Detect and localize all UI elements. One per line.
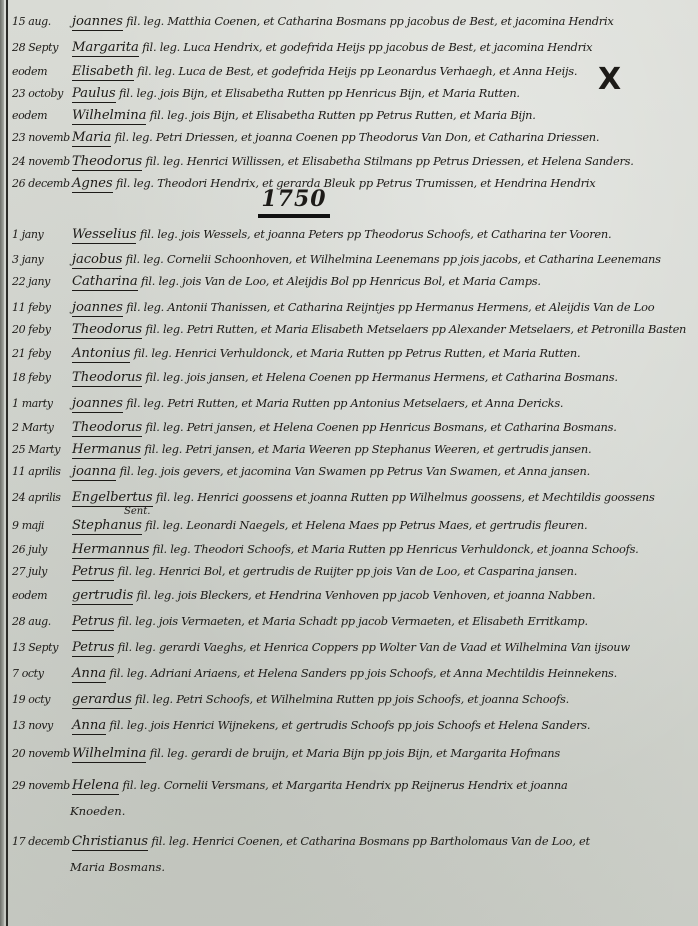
entry-details: fil. leg. Henrici Bol, et gertrudis de R… [118, 564, 577, 578]
entry-details: fil. leg. gerardi de bruijn, et Maria Bi… [150, 746, 560, 760]
entry-text: Hermannus fil. leg. Theodori Schoofs, et… [72, 542, 692, 557]
register-entry: 24 aprilisEngelbertus fil. leg. Henrici … [10, 488, 692, 510]
register-entry: 23 novembMaria fil. leg. Petri Driessen,… [10, 128, 692, 150]
register-entry: 18 febyTheodorus fil. leg. jois jansen, … [10, 368, 692, 390]
entry-date: 9 maji [12, 519, 70, 532]
entry-text: joannes fil. leg. Matthia Coenen, et Cat… [72, 14, 692, 29]
child-name: Anna [72, 718, 106, 735]
register-entry: 13 novyAnna fil. leg. jois Henrici Wijne… [10, 716, 692, 738]
entry-details: fil. leg. Theodori Schoofs, et Maria Rut… [153, 542, 639, 556]
entry-text: Hermanus fil. leg. Petri jansen, et Mari… [72, 442, 692, 457]
entry-details: fil. leg. jois Henrici Wijnekens, et ger… [109, 718, 590, 732]
entry-date: 28 aug. [12, 615, 70, 628]
register-entry: 9 majiStephanus fil. leg. Leonardi Naege… [10, 516, 692, 538]
entry-details: fil. leg. Henrici Willissen, et Elisabet… [146, 154, 634, 168]
entry-date: 1 jany [12, 228, 70, 241]
entry-date: 23 octoby [12, 87, 70, 100]
page-binding-edge [0, 0, 4, 926]
child-name: Petrus [72, 640, 114, 657]
entry-text: Helena fil. leg. Cornelii Versmans, et M… [72, 778, 692, 793]
entry-details: fil. leg. Petri Rutten, et Maria Elisabe… [146, 322, 687, 336]
entry-details: fil. leg. jois jansen, et Helena Coenen … [146, 370, 618, 384]
entry-details: fil. leg. jois Van de Loo, et Aleijdis B… [141, 274, 541, 288]
child-name: Margarita [72, 40, 139, 57]
register-entry: 19 octygerardus fil. leg. Petri Schoofs,… [10, 690, 692, 712]
entry-date: 25 Marty [12, 443, 70, 456]
child-name: Agnes [72, 176, 113, 193]
register-entry: 26 julyHermannus fil. leg. Theodori Scho… [10, 540, 692, 562]
manuscript-page: 15 aug.joannes fil. leg. Matthia Coenen,… [0, 0, 698, 926]
register-entry: 21 febyAntonius fil. leg. Henrici Verhul… [10, 344, 692, 366]
register-entry: 11 febyjoannes fil. leg. Antonii Thaniss… [10, 298, 692, 320]
entry-date: 26 decemb [12, 177, 70, 190]
register-entry: 23 octobyPaulus fil. leg. jois Bijn, et … [10, 84, 692, 106]
register-entry: 22 janyCatharina fil. leg. jois Van de L… [10, 272, 692, 294]
entry-date: 1 marty [12, 397, 70, 410]
child-name: Paulus [72, 86, 116, 103]
child-name: Theodorus [72, 420, 142, 437]
entry-details: fil. leg. jois Bleckers, et Hendrina Ven… [137, 588, 596, 602]
entry-text: Petrus fil. leg. gerardi Vaeghs, et Henr… [72, 640, 692, 655]
entry-date: 28 Septy [12, 41, 70, 54]
entry-date: eodem [12, 65, 70, 78]
entry-text: Engelbertus fil. leg. Henrici goossens e… [72, 490, 692, 505]
entry-date: 13 Septy [12, 641, 70, 654]
year-heading: 1750 [258, 186, 330, 218]
entry-date: 11 feby [12, 301, 70, 314]
entry-text: Petrus fil. leg. jois Vermaeten, et Mari… [72, 614, 692, 629]
entry-text: Catharina fil. leg. jois Van de Loo, et … [72, 274, 692, 289]
register-entry: 25 MartyHermanus fil. leg. Petri jansen,… [10, 440, 692, 462]
entry-details: fil. leg. Henrici Coenen, et Catharina B… [151, 834, 589, 848]
register-entry: 15 aug.joannes fil. leg. Matthia Coenen,… [10, 12, 692, 34]
child-name: Christianus [72, 834, 148, 851]
entry-details: fil. leg. Henrici Verhuldonck, et Maria … [134, 346, 580, 360]
entry-date: 19 octy [12, 693, 70, 706]
margin-rule [6, 0, 8, 926]
entry-details: fil. leg. jois Bijn, et Elisabetha Rutte… [150, 108, 536, 122]
entry-details: fil. leg. Petri jansen, et Helena Coenen… [146, 420, 617, 434]
child-name: Maria [72, 130, 111, 147]
entry-details: fil. leg. Cornelii Versmans, et Margarit… [123, 778, 568, 792]
child-name: Wilhelmina [72, 108, 146, 125]
entry-details: fil. leg. Adriani Ariaens, et Helena San… [109, 666, 617, 680]
entry-text: gertrudis fil. leg. jois Bleckers, et He… [72, 588, 692, 603]
entry-text: Margarita fil. leg. Luca Hendrix, et god… [72, 40, 692, 55]
entry-continuation: Knoeden. [70, 804, 125, 818]
entry-date: 15 aug. [12, 15, 70, 28]
entry-text: joannes fil. leg. Petri Rutten, et Maria… [72, 396, 692, 411]
entry-text: Anna fil. leg. Adriani Ariaens, et Helen… [72, 666, 692, 681]
child-name: Hermanus [72, 442, 141, 459]
entry-date: 18 feby [12, 371, 70, 384]
entry-date: 22 jany [12, 275, 70, 288]
entry-details: fil. leg. Leonardi Naegels, et Helena Ma… [145, 518, 587, 532]
register-entry: 29 novembHelena fil. leg. Cornelii Versm… [10, 776, 692, 798]
register-entry: eodemWilhelmina fil. leg. jois Bijn, et … [10, 106, 692, 128]
entry-date: 13 novy [12, 719, 70, 732]
child-name: gerardus [72, 692, 132, 709]
entry-text: Christianus fil. leg. Henrici Coenen, et… [72, 834, 692, 849]
entry-text: Wilhelmina fil. leg. jois Bijn, et Elisa… [72, 108, 692, 123]
entry-text: Wesselius fil. leg. jois Wessels, et joa… [72, 227, 692, 242]
entry-details: fil. leg. jois Bijn, et Elisabetha Rutte… [119, 86, 520, 100]
entry-date: 20 feby [12, 323, 70, 336]
entry-continuation: Maria Bosmans. [70, 860, 165, 874]
entry-details: fil. leg. Luca Hendrix, et godefrida Hei… [142, 40, 592, 54]
child-name: Engelbertus [72, 490, 153, 507]
entry-text: Anna fil. leg. jois Henrici Wijnekens, e… [72, 718, 692, 733]
entry-text: jacobus fil. leg. Cornelii Schoonhoven, … [72, 252, 692, 267]
entry-text: Wilhelmina fil. leg. gerardi de bruijn, … [72, 746, 692, 761]
entry-text: Agnes fil. leg. Theodori Hendrix, et ger… [72, 176, 692, 191]
entry-details: fil. leg. jois Wessels, et joanna Peters… [140, 227, 612, 241]
register-entry: 2 MartyTheodorus fil. leg. Petri jansen,… [10, 418, 692, 440]
child-name: Stephanus [72, 518, 142, 535]
entry-details: fil. leg. jois gevers, et jacomina Van S… [120, 464, 590, 478]
entry-date: 26 july [12, 543, 70, 556]
entry-date: 11 aprilis [12, 465, 70, 478]
entry-details: fil. leg. Antonii Thanissen, et Catharin… [126, 300, 654, 314]
register-entry: eodemgertrudis fil. leg. jois Bleckers, … [10, 586, 692, 608]
entry-details: fil. leg. Petri Driessen, et joanna Coen… [115, 130, 600, 144]
entry-date: 17 decemb [12, 835, 70, 848]
child-name: Theodorus [72, 322, 142, 339]
entry-date: eodem [12, 589, 70, 602]
child-name: Petrus [72, 564, 114, 581]
entry-date: 27 july [12, 565, 70, 578]
child-name: Theodorus [72, 370, 142, 387]
child-name: Theodorus [72, 154, 142, 171]
child-name: Hermannus [72, 542, 149, 559]
entry-text: Theodorus fil. leg. Petri jansen, et Hel… [72, 420, 692, 435]
entry-date: 7 octy [12, 667, 70, 680]
entry-date: 29 novemb [12, 779, 70, 792]
entry-text: Stephanus fil. leg. Leonardi Naegels, et… [72, 518, 692, 533]
entry-date: eodem [12, 109, 70, 122]
register-entry: eodemElisabeth fil. leg. Luca de Best, e… [10, 62, 692, 84]
entry-details: fil. leg. Luca de Best, et godefrida Hei… [137, 64, 577, 78]
entry-text: Theodorus fil. leg. Henrici Willissen, e… [72, 154, 692, 169]
entry-date: 2 Marty [12, 421, 70, 434]
child-name: Petrus [72, 614, 114, 631]
register-entry: 11 aprilisjoanna fil. leg. jois gevers, … [10, 462, 692, 484]
register-entry: 13 SeptyPetrus fil. leg. gerardi Vaeghs,… [10, 638, 692, 660]
entry-text: joanna fil. leg. jois gevers, et jacomin… [72, 464, 692, 479]
register-entry: 20 novembWilhelmina fil. leg. gerardi de… [10, 744, 692, 766]
entry-date: 21 feby [12, 347, 70, 360]
register-entry: 27 julyPetrus fil. leg. Henrici Bol, et … [10, 562, 692, 584]
register-entry: 3 janyjacobus fil. leg. Cornelii Schoonh… [10, 250, 692, 272]
entry-date: 3 jany [12, 253, 70, 266]
entry-text: Theodorus fil. leg. jois jansen, et Hele… [72, 370, 692, 385]
child-name: joannes [72, 300, 123, 317]
register-entry: 20 febyTheodorus fil. leg. Petri Rutten,… [10, 320, 692, 342]
child-name: Catharina [72, 274, 138, 291]
marginal-note: Sent. [124, 506, 150, 517]
entry-text: joannes fil. leg. Antonii Thanissen, et … [72, 300, 692, 315]
entry-details: fil. leg. Matthia Coenen, et Catharina B… [126, 14, 613, 28]
child-name: joannes [72, 14, 123, 31]
entry-date: 23 novemb [12, 131, 70, 144]
entry-details: fil. leg. Petri jansen, et Maria Weeren … [144, 442, 591, 456]
child-name: Wesselius [72, 227, 136, 244]
register-entry: 7 octyAnna fil. leg. Adriani Ariaens, et… [10, 664, 692, 686]
entry-date: 20 novemb [12, 747, 70, 760]
entry-details: fil. leg. Henrici goossens et joanna Rut… [156, 490, 655, 504]
child-name: Elisabeth [72, 64, 134, 81]
child-name: gertrudis [72, 588, 133, 605]
entry-text: Petrus fil. leg. Henrici Bol, et gertrud… [72, 564, 692, 579]
register-entry: 24 novembTheodorus fil. leg. Henrici Wil… [10, 152, 692, 174]
register-entry: 28 SeptyMargarita fil. leg. Luca Hendrix… [10, 38, 692, 60]
child-name: Anna [72, 666, 106, 683]
entry-date: 24 novemb [12, 155, 70, 168]
entry-text: gerardus fil. leg. Petri Schoofs, et Wil… [72, 692, 692, 707]
child-name: Wilhelmina [72, 746, 146, 763]
entry-text: Antonius fil. leg. Henrici Verhuldonck, … [72, 346, 692, 361]
entry-text: Maria fil. leg. Petri Driessen, et joann… [72, 130, 692, 145]
entry-details: fil. leg. Cornelii Schoonhoven, et Wilhe… [126, 252, 661, 266]
register-entry: 26 decembAgnes fil. leg. Theodori Hendri… [10, 174, 692, 196]
entry-details: fil. leg. Theodori Hendrix, et gerarda B… [116, 176, 595, 190]
entry-text: Theodorus fil. leg. Petri Rutten, et Mar… [72, 322, 692, 337]
register-entry: 28 aug.Petrus fil. leg. jois Vermaeten, … [10, 612, 692, 634]
entry-details: fil. leg. Petri Rutten, et Maria Rutten … [126, 396, 563, 410]
margin-x-mark: X [598, 62, 621, 97]
register-entry: 1 janyWesselius fil. leg. jois Wessels, … [10, 225, 692, 247]
register-entry: 1 martyjoannes fil. leg. Petri Rutten, e… [10, 394, 692, 416]
entry-date: 24 aprilis [12, 491, 70, 504]
child-name: Helena [72, 778, 119, 795]
child-name: joanna [72, 464, 116, 481]
entry-details: fil. leg. gerardi Vaeghs, et Henrica Cop… [118, 640, 630, 654]
child-name: Antonius [72, 346, 130, 363]
register-entry: 17 decembChristianus fil. leg. Henrici C… [10, 832, 692, 854]
entry-details: fil. leg. Petri Schoofs, et Wilhelmina R… [135, 692, 569, 706]
child-name: joannes [72, 396, 123, 413]
child-name: jacobus [72, 252, 122, 269]
entry-details: fil. leg. jois Vermaeten, et Maria Schad… [118, 614, 588, 628]
